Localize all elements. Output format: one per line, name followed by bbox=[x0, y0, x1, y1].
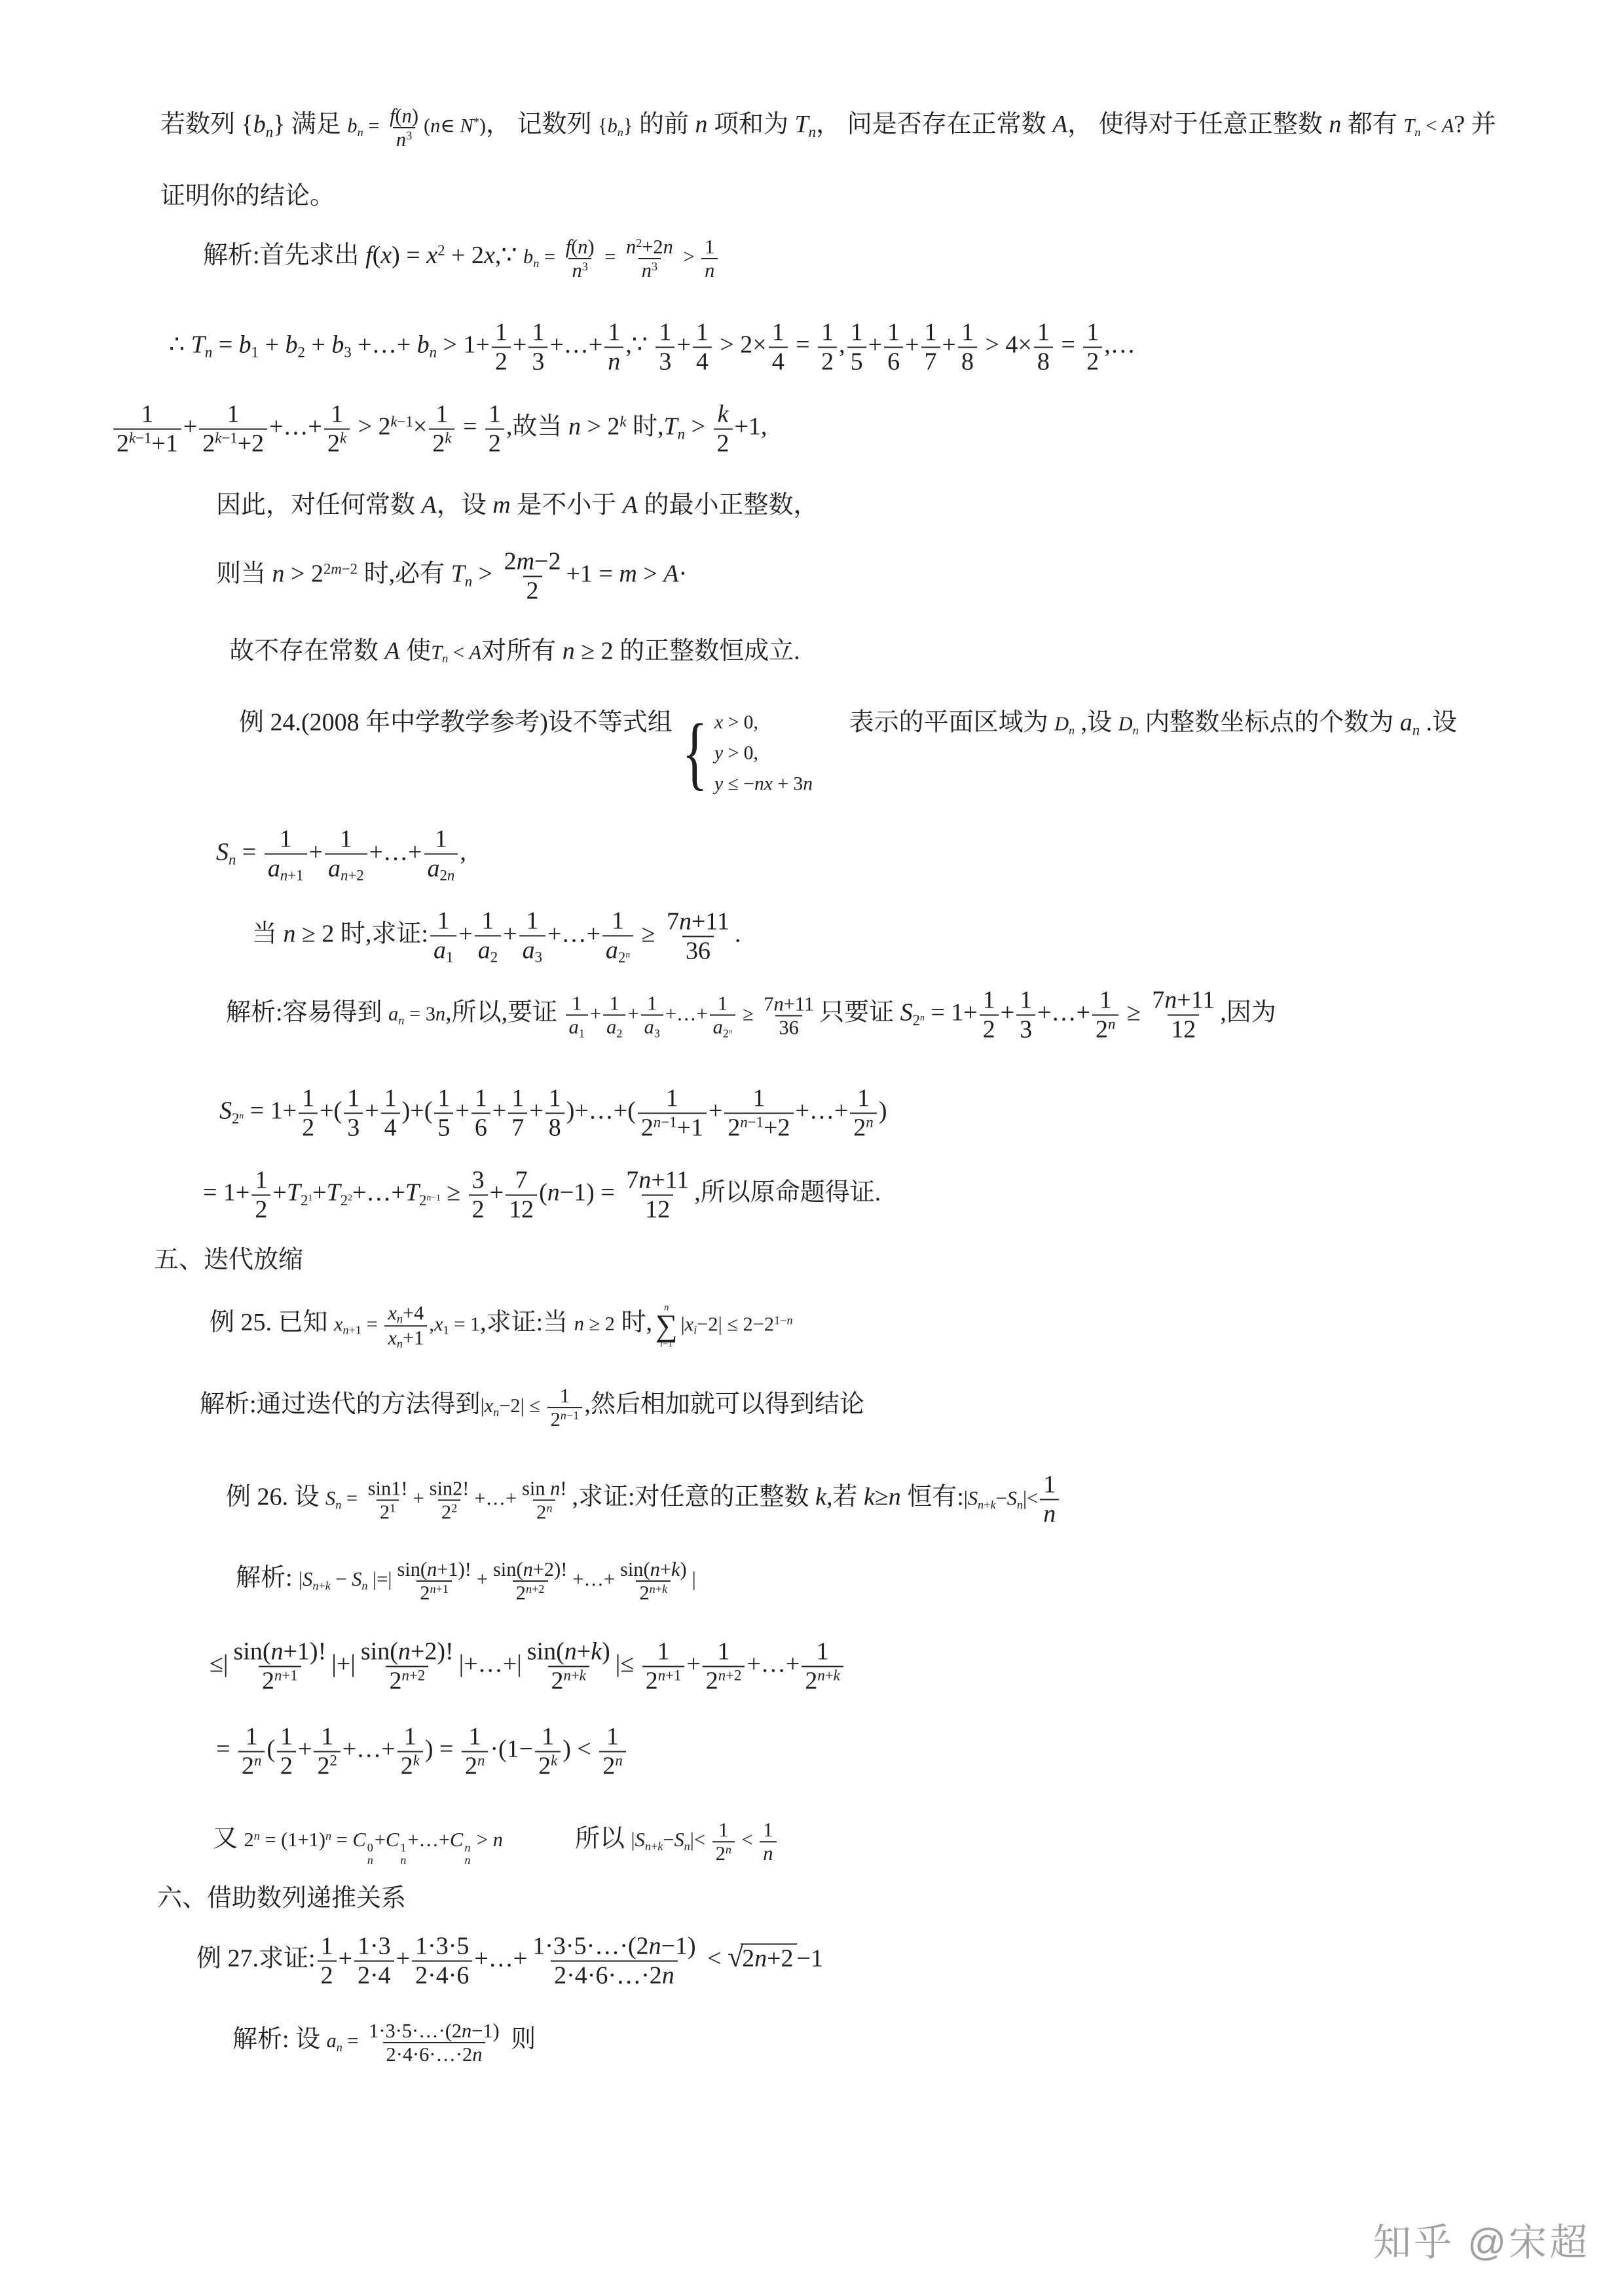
math-variable: n bbox=[618, 125, 623, 138]
subscript: 2n bbox=[913, 1013, 925, 1028]
subscript: n+1 bbox=[343, 1324, 362, 1336]
fraction-numerator: 1 bbox=[604, 318, 623, 346]
fraction-denominator: n bbox=[604, 346, 623, 376]
subscript: n bbox=[442, 653, 448, 665]
math-variable: n bbox=[398, 1637, 411, 1665]
math-variable: n bbox=[284, 920, 296, 948]
fraction: 12k bbox=[535, 1722, 561, 1779]
fraction-denominator: 2 bbox=[299, 1112, 318, 1142]
math-variable: n bbox=[523, 1558, 533, 1580]
superscript: 1 bbox=[308, 1193, 312, 1202]
math-variable: n bbox=[343, 1323, 349, 1336]
math-variable: T bbox=[795, 111, 809, 138]
fraction: 12k−1+2 bbox=[199, 400, 267, 457]
subscript: 1 bbox=[443, 1324, 449, 1336]
fraction-denominator: 2n+1 bbox=[259, 1666, 301, 1695]
math-variable: n bbox=[889, 1484, 901, 1511]
fraction-denominator: an+2 bbox=[325, 853, 367, 884]
subscript: n bbox=[1017, 1499, 1023, 1510]
fraction-denominator: 2k−1+1 bbox=[113, 428, 181, 458]
math-variable: n bbox=[464, 1841, 470, 1854]
fraction-denominator: 2k bbox=[535, 1751, 561, 1780]
fraction-numerator: 1 bbox=[224, 400, 243, 428]
math-variable: n bbox=[625, 949, 630, 959]
fraction: k2 bbox=[714, 400, 733, 457]
fraction-numerator: sin(n+k) bbox=[524, 1637, 614, 1666]
fraction-numerator: 1 bbox=[557, 1385, 573, 1407]
inline-equation: bn = f(n)n3 = n2+2nn3 > 1n bbox=[523, 246, 720, 268]
fraction: 12 bbox=[251, 1166, 270, 1223]
fraction-denominator: 5 bbox=[434, 1112, 453, 1142]
math-variable: n bbox=[361, 1578, 367, 1592]
fraction-denominator: 2n bbox=[533, 1500, 555, 1523]
fraction: 18 bbox=[545, 1084, 564, 1141]
math-variable: n bbox=[464, 1854, 470, 1867]
superscript: k−1 bbox=[391, 414, 413, 429]
math-variable: A bbox=[422, 491, 437, 519]
fraction-numerator: 1 bbox=[276, 825, 295, 853]
fraction-denominator: 2n bbox=[1092, 1014, 1118, 1044]
subscript: 21 bbox=[301, 1193, 312, 1208]
math-variable: S bbox=[216, 839, 229, 866]
fraction: sin(n+1)!2n+1 bbox=[230, 1637, 329, 1694]
math-variable: n bbox=[1414, 125, 1420, 138]
fraction: 14 bbox=[381, 1084, 400, 1141]
fraction-denominator: 7 bbox=[508, 1112, 527, 1142]
math-variable: n bbox=[1164, 986, 1177, 1013]
radicand: 2n+2 bbox=[741, 1944, 796, 1973]
math-variable: a bbox=[478, 936, 490, 964]
inline-equation: |Sn+k−Sn|< 12n < 1n bbox=[631, 1829, 779, 1851]
math-variable: f bbox=[365, 242, 373, 269]
fraction-numerator: 3 bbox=[469, 1166, 488, 1194]
math-variable: x bbox=[485, 1394, 494, 1417]
fraction-numerator: 7n+11 bbox=[663, 907, 733, 936]
subscript: 3 bbox=[654, 1027, 660, 1039]
fraction-denominator: n bbox=[1040, 1499, 1059, 1528]
math-variable: n bbox=[272, 560, 285, 588]
math-variable: A bbox=[470, 641, 482, 663]
fraction-denominator: 2n bbox=[850, 1112, 876, 1142]
math-variable: n bbox=[526, 1582, 532, 1595]
inline-equation: xn+1 = xn+4xn+1,x1 = 1 bbox=[334, 1313, 480, 1335]
math-variable: m bbox=[517, 547, 534, 575]
fraction-denominator: 8 bbox=[1034, 346, 1053, 376]
math-variable: n bbox=[400, 1854, 406, 1867]
subscript: 2 bbox=[298, 346, 305, 361]
math-variable: x bbox=[484, 242, 495, 269]
fraction: 7n+1112 bbox=[623, 1166, 692, 1223]
math-variable: S bbox=[635, 1829, 645, 1851]
fraction-numerator: 1 bbox=[485, 400, 504, 428]
math-variable: n bbox=[763, 1842, 773, 1865]
math-variable: b bbox=[331, 331, 344, 359]
fraction-numerator: 7n+11 bbox=[1149, 986, 1218, 1014]
fraction-numerator: 1 bbox=[980, 986, 999, 1014]
math-variable: n bbox=[638, 1166, 651, 1194]
fraction-numerator: f(n) bbox=[563, 236, 598, 258]
fraction: 1a2n bbox=[710, 993, 736, 1040]
math-variable: k bbox=[671, 1558, 680, 1580]
fraction: 15 bbox=[434, 1084, 453, 1141]
fraction: sin2!22 bbox=[426, 1478, 473, 1523]
document-line: = 12n(12+122+…+12k) = 12n·(1−12k) < 12n bbox=[216, 1722, 628, 1779]
fraction: 712 bbox=[506, 1166, 537, 1223]
math-variable: k bbox=[445, 429, 451, 446]
fraction: sin1!21 bbox=[365, 1478, 411, 1523]
math-variable: k bbox=[864, 1484, 875, 1511]
math-variable: a bbox=[328, 854, 341, 882]
superscript: n−1 bbox=[654, 1115, 677, 1130]
document-line: ∴ Tn = b1 + b2 + b3 +…+ bn > 1+12+13+…+1… bbox=[169, 318, 1135, 375]
fraction: sin(n+1)!2n+1 bbox=[394, 1558, 474, 1604]
fraction-denominator: 2n+k bbox=[548, 1666, 589, 1695]
fraction: 1a1 bbox=[430, 907, 456, 965]
math-variable: n bbox=[402, 105, 412, 127]
superscript: n+k bbox=[650, 1583, 668, 1595]
fraction-numerator: 1 bbox=[655, 318, 674, 346]
subscript: i bbox=[693, 1324, 697, 1336]
math-variable: A bbox=[1052, 111, 1067, 138]
fraction-numerator: 1 bbox=[847, 318, 866, 346]
lower-index: n bbox=[464, 1855, 470, 1867]
inline-equation: |xn−2| ≤ 12n−1 bbox=[481, 1394, 585, 1417]
fraction-denominator: 2n+2 bbox=[703, 1666, 745, 1695]
subscript: 1 bbox=[579, 1027, 585, 1039]
fraction: 1a1 bbox=[566, 993, 588, 1040]
fraction-numerator: 1 bbox=[760, 1819, 776, 1841]
superscript: n bbox=[729, 1028, 732, 1035]
fraction-denominator: 2·4·6·…·2n bbox=[383, 2042, 486, 2066]
superscript: n+1 bbox=[658, 1668, 682, 1683]
math-variable: f bbox=[566, 236, 571, 258]
math-variable: n bbox=[817, 1667, 824, 1683]
superscript: n−1 bbox=[426, 1193, 440, 1202]
fraction-numerator: 1 bbox=[471, 1084, 490, 1112]
math-variable: n bbox=[642, 259, 652, 282]
fraction-numerator: 1 bbox=[401, 1722, 420, 1751]
fraction-numerator: 7n+11 bbox=[760, 993, 817, 1015]
subscript: 2 bbox=[616, 1027, 622, 1039]
math-variable: n bbox=[341, 867, 348, 884]
superscript: n+1 bbox=[274, 1668, 298, 1683]
math-variable: S bbox=[303, 1568, 312, 1590]
math-variable: S bbox=[674, 1829, 684, 1851]
fraction-denominator: a2n bbox=[602, 935, 633, 966]
fraction-denominator: 2 bbox=[318, 1960, 337, 1990]
math-variable: n bbox=[254, 1829, 260, 1842]
fraction-denominator: 2k−1+2 bbox=[199, 428, 267, 458]
fraction-denominator: 2n−1 bbox=[547, 1407, 583, 1430]
fraction: 1n bbox=[604, 318, 623, 375]
fraction-numerator: 1 bbox=[327, 400, 346, 428]
superscript: n bbox=[325, 1830, 331, 1842]
radical: √2n+2 bbox=[728, 1945, 796, 1973]
subscript: 3 bbox=[535, 951, 542, 966]
fraction-numerator: 1 bbox=[545, 1084, 564, 1112]
math-variable: b bbox=[608, 115, 618, 137]
fraction: 122 bbox=[314, 1722, 340, 1779]
math-variable: n bbox=[718, 1667, 726, 1683]
fraction: sin n!2n bbox=[519, 1478, 570, 1523]
fraction-denominator: 2 bbox=[277, 1751, 296, 1780]
fraction-denominator: an+1 bbox=[265, 853, 307, 884]
fraction: 12n bbox=[238, 1722, 265, 1779]
math-variable: m bbox=[619, 560, 637, 588]
math-variable: n bbox=[695, 111, 708, 138]
cases-row: x > 0, bbox=[714, 712, 758, 733]
math-variable: n bbox=[1133, 723, 1139, 737]
subscript: 2n bbox=[618, 950, 630, 965]
fraction: 12 bbox=[299, 1084, 318, 1141]
fraction: 1an+2 bbox=[325, 825, 367, 883]
math-variable: T bbox=[1403, 115, 1414, 137]
math-variable: k bbox=[551, 1752, 557, 1768]
math-variable: n bbox=[430, 1582, 435, 1595]
stacked-indices: 0n bbox=[367, 1842, 373, 1867]
math-variable: n bbox=[729, 1027, 732, 1035]
fraction-denominator: 2·4·6 bbox=[412, 1960, 472, 1990]
document-line: 例 24.(2008 年中学教学参考)设不等式组{x > 0,y > 0,y ≤… bbox=[239, 683, 1457, 765]
math-variable: n bbox=[546, 1502, 552, 1515]
math-variable: n bbox=[978, 1498, 984, 1511]
fraction-numerator: 1 bbox=[242, 1722, 261, 1751]
fraction-numerator: 1 bbox=[337, 825, 356, 853]
fraction-denominator: n3 bbox=[638, 258, 661, 282]
math-variable: i bbox=[693, 1323, 697, 1336]
document-line: 又 2n = (1+1)n = C0n+C1n+…+Cnn > n所以 |Sn+… bbox=[213, 1819, 779, 1867]
fraction-denominator: 3 bbox=[344, 1112, 363, 1142]
math-variable: T bbox=[664, 413, 678, 441]
superscript: n+k bbox=[564, 1668, 586, 1683]
math-variable: x bbox=[388, 1302, 397, 1324]
fraction-numerator: 1 bbox=[528, 318, 547, 346]
fraction: 12n bbox=[712, 1819, 735, 1865]
math-variable: k bbox=[619, 413, 626, 429]
inline-equation: Dn bbox=[1054, 713, 1075, 735]
subscript: n bbox=[1414, 126, 1420, 137]
subscript: 2n bbox=[440, 869, 455, 884]
math-variable: m bbox=[331, 560, 341, 577]
subscript: n bbox=[1069, 724, 1075, 736]
fraction-numerator: sin(n+2)! bbox=[358, 1637, 457, 1666]
math-variable: k bbox=[413, 1752, 420, 1768]
fraction-numerator: 1 bbox=[813, 1637, 832, 1666]
fraction: 12 bbox=[318, 1932, 337, 1989]
fraction: 1·3·5·…·(2n−1)2·4·6·…·2n bbox=[529, 1932, 699, 1989]
superscript: n+1 bbox=[430, 1583, 449, 1595]
fraction: f(n)n3 bbox=[563, 236, 598, 282]
fraction-numerator: sin2! bbox=[426, 1478, 473, 1500]
fraction: sin(n+2)!2n+2 bbox=[358, 1637, 457, 1694]
math-variable: C bbox=[450, 1829, 463, 1851]
fraction: 12 bbox=[1083, 318, 1102, 375]
math-variable: n bbox=[430, 115, 440, 137]
math-variable: N bbox=[460, 115, 473, 137]
fraction-denominator: 2k bbox=[397, 1751, 423, 1780]
math-variable: k bbox=[657, 1840, 663, 1853]
fraction-denominator: 3 bbox=[528, 346, 547, 376]
inline-equation: Tn < A bbox=[431, 641, 481, 663]
fraction: 15 bbox=[847, 318, 866, 375]
fraction-numerator: sin1! bbox=[365, 1478, 411, 1500]
math-variable: C bbox=[386, 1829, 399, 1851]
document-line: = 1+12+T21+T22+…+T2n−1 ≥ 32+712(n−1) = 7… bbox=[203, 1166, 881, 1223]
upper-index: n bbox=[464, 1842, 470, 1854]
fraction: 1a2 bbox=[475, 907, 501, 965]
fraction-denominator: 36 bbox=[682, 936, 714, 965]
subscript: n bbox=[1412, 723, 1420, 738]
document-line: 例 26. 设 Sn = sin1!21+sin2!22+…+sin n!2n,… bbox=[226, 1470, 1061, 1527]
math-variable: n bbox=[654, 1114, 661, 1130]
superscript: n bbox=[1108, 1017, 1115, 1032]
math-variable: n bbox=[239, 1110, 244, 1120]
fraction-denominator: 2n bbox=[238, 1751, 265, 1780]
superscript: 2m−2 bbox=[323, 562, 358, 577]
fraction-numerator: 1 bbox=[921, 318, 940, 346]
superscript: n bbox=[920, 1013, 925, 1022]
math-variable: k bbox=[129, 429, 136, 446]
fraction-denominator: 2 bbox=[714, 428, 733, 458]
math-variable: x bbox=[434, 1313, 443, 1335]
superscript: n+2 bbox=[401, 1668, 425, 1683]
document-line: ≤|sin(n+1)!2n+1|+|sin(n+2)!2n+2|+…+|sin(… bbox=[210, 1637, 845, 1694]
superscript: n bbox=[254, 1753, 261, 1768]
math-variable: n bbox=[462, 2020, 471, 2042]
fraction: 17 bbox=[921, 318, 940, 375]
math-variable: n bbox=[472, 2043, 482, 2066]
fraction: sin(n+2)!2n+2 bbox=[490, 1558, 570, 1604]
math-variable: n bbox=[662, 1961, 674, 1989]
math-variable: b bbox=[239, 331, 251, 359]
lower-index: n bbox=[367, 1855, 373, 1867]
math-variable: n bbox=[608, 348, 620, 375]
fraction-numerator: 1 bbox=[1034, 318, 1053, 346]
superscript: n bbox=[726, 1844, 731, 1855]
math-variable: S bbox=[968, 1487, 978, 1510]
inline-equation: {bn} bbox=[598, 115, 633, 137]
math-variable: n bbox=[684, 1840, 690, 1853]
sigma-symbol: ∑ bbox=[655, 1313, 678, 1339]
fraction-denominator: 22 bbox=[438, 1500, 460, 1523]
superscript: 2 bbox=[451, 1503, 457, 1514]
math-variable: b bbox=[286, 331, 298, 359]
math-variable: b bbox=[347, 115, 357, 137]
inline-equation: Tn < A bbox=[1403, 115, 1454, 137]
math-variable: n bbox=[658, 1667, 665, 1683]
fraction: 12k bbox=[429, 400, 454, 457]
subscript: n bbox=[337, 2041, 342, 2052]
subscript: n bbox=[397, 1338, 403, 1349]
superscript: n bbox=[477, 1753, 485, 1768]
math-variable: n bbox=[337, 2040, 342, 2053]
math-variable: n bbox=[1017, 1498, 1023, 1511]
fraction-numerator: 1 bbox=[251, 1166, 270, 1194]
subscript: n+2 bbox=[341, 869, 364, 884]
math-variable: n bbox=[335, 1498, 341, 1511]
fraction-denominator: 5 bbox=[847, 346, 866, 376]
fraction-denominator: 2n+1 bbox=[642, 1666, 685, 1695]
math-variable: a bbox=[1400, 709, 1412, 737]
math-variable: b bbox=[417, 331, 430, 359]
subscript: n bbox=[1133, 724, 1139, 736]
math-variable: b bbox=[523, 246, 533, 268]
fraction-denominator: xn+1 bbox=[384, 1325, 427, 1350]
math-variable: n bbox=[649, 1932, 661, 1959]
inline-equation: an = 3n bbox=[388, 1003, 445, 1025]
superscript: n bbox=[546, 1503, 552, 1514]
fraction-denominator: a3 bbox=[641, 1015, 663, 1040]
fraction-numerator: 2m−2 bbox=[501, 547, 564, 575]
fraction: 12n bbox=[850, 1084, 876, 1141]
cases-rows: x > 0,y > 0,y ≤ −nx + 3n bbox=[714, 712, 813, 794]
subscript: n bbox=[205, 346, 212, 361]
inline-equation: bn = f(n)n3(n∈ N*) bbox=[347, 115, 486, 137]
fraction: 12k bbox=[397, 1722, 423, 1779]
math-variable: n bbox=[561, 1409, 566, 1422]
left-brace: { bbox=[682, 716, 707, 790]
document-line: 六、借助数列递推关系 bbox=[157, 1882, 406, 1914]
fraction: 16 bbox=[471, 1084, 490, 1141]
inline-equation: an = 1·3·5·…·(2n−1)2·4·6·…·2n bbox=[327, 2030, 505, 2052]
fraction-denominator: n bbox=[701, 258, 718, 282]
math-variable: n bbox=[266, 124, 273, 140]
fraction-denominator: 2k bbox=[429, 428, 454, 458]
fraction-numerator: 1 bbox=[663, 1084, 682, 1112]
math-variable: k bbox=[990, 1498, 995, 1511]
math-variable: n bbox=[678, 426, 685, 443]
superscript: k−1 bbox=[215, 431, 237, 446]
superscript: 2 bbox=[636, 237, 642, 249]
math-variable: n bbox=[550, 1478, 560, 1500]
fraction-denominator: 7 bbox=[921, 346, 940, 376]
subscript: n bbox=[430, 346, 437, 361]
math-variable: a bbox=[268, 854, 280, 882]
math-variable: x bbox=[388, 1326, 397, 1349]
math-variable: A bbox=[385, 637, 400, 665]
superscript: k bbox=[445, 431, 451, 446]
fraction-denominator: 36 bbox=[775, 1015, 802, 1039]
watermark: 知乎 @宋超 bbox=[1373, 2212, 1590, 2267]
superscript: n bbox=[254, 1830, 260, 1842]
fraction: f(n)n3 bbox=[386, 105, 422, 151]
fraction-denominator: 8 bbox=[958, 346, 977, 376]
fraction-denominator: a1 bbox=[430, 935, 456, 966]
math-variable: n bbox=[920, 1012, 925, 1022]
fraction-denominator: a3 bbox=[519, 935, 545, 966]
superscript: 1−n bbox=[774, 1314, 793, 1326]
subscript: n bbox=[493, 1406, 499, 1417]
fraction-numerator: 1 bbox=[608, 907, 627, 935]
fraction: 13 bbox=[344, 1084, 363, 1141]
math-variable: n bbox=[563, 637, 575, 665]
fraction: 17 bbox=[508, 1084, 527, 1141]
fraction-numerator: 1 bbox=[644, 993, 660, 1015]
document-line: 故不存在常数 A 使Tn < A对所有 n ≥ 2 的正整数恒成立. bbox=[229, 635, 800, 667]
stacked-indices: nn bbox=[464, 1842, 470, 1867]
math-variable: a bbox=[569, 1016, 579, 1038]
math-variable: x bbox=[426, 242, 437, 269]
subscript: n bbox=[809, 125, 816, 140]
document-line: 解析:容易得到 an = 3n,所以,要证 1a1+1a2+1a3+…+1a2n… bbox=[226, 986, 1276, 1043]
math-variable: k bbox=[591, 1637, 602, 1665]
fraction-numerator: 1 bbox=[715, 1819, 731, 1841]
fraction-numerator: 1 bbox=[693, 318, 712, 346]
math-variable: n bbox=[786, 1313, 792, 1326]
math-variable: S bbox=[1007, 1487, 1017, 1510]
subscript: n bbox=[266, 125, 273, 140]
fraction-denominator: a1 bbox=[566, 1015, 588, 1040]
